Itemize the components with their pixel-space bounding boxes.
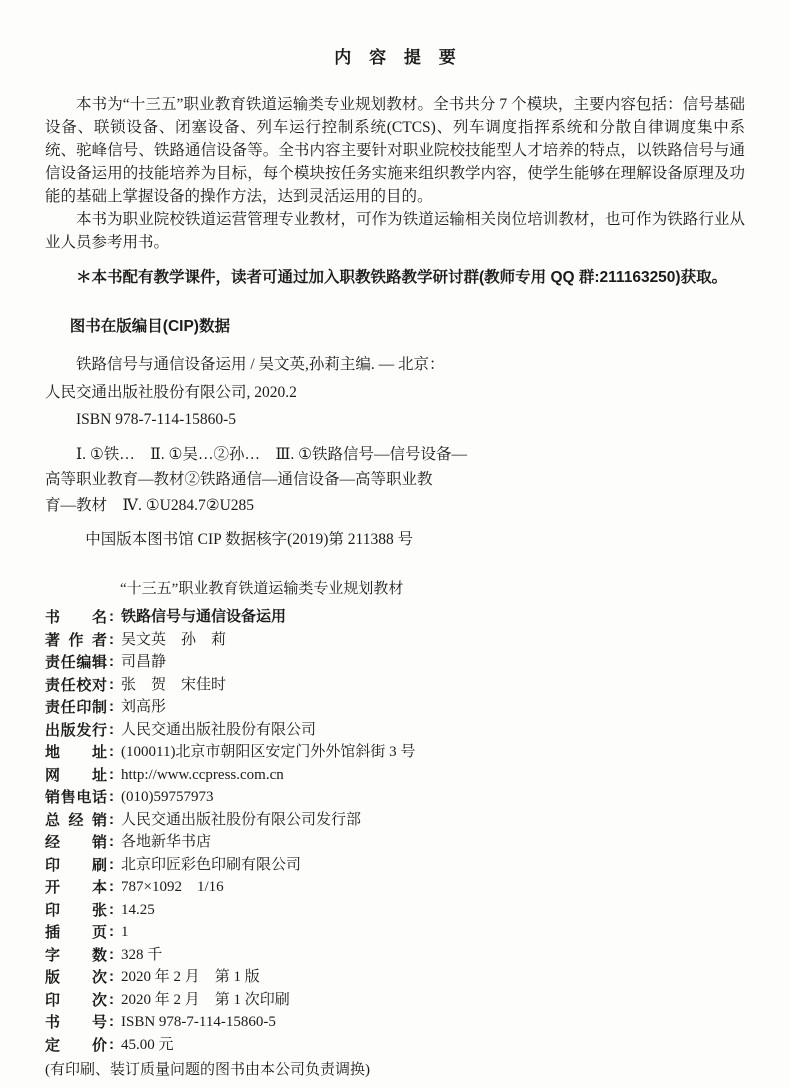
page-title: 内容提要 (45, 46, 745, 69)
info-separator: : (109, 878, 114, 895)
info-label: 网址 (45, 765, 107, 787)
info-separator: : (109, 811, 114, 828)
info-label: 经销 (45, 832, 107, 854)
info-value: 人民交通出版社股份有限公司 (121, 722, 316, 738)
info-separator: : (109, 991, 114, 1008)
info-label: 插页 (45, 922, 107, 944)
info-label: 书名 (45, 607, 107, 629)
info-value: 司昌静 (121, 654, 166, 670)
info-row: 印刷:北京印匠彩色印刷有限公司 (45, 854, 745, 877)
info-value: 328 千 (121, 947, 162, 963)
info-separator: : (109, 856, 114, 873)
info-row: 责任印制:刘高彤 (45, 696, 745, 719)
info-separator: : (109, 698, 114, 715)
info-label: 责任印制 (45, 697, 107, 719)
info-value: 2020 年 2 月 第 1 版 (121, 969, 260, 985)
info-label: 责任编辑 (45, 652, 107, 674)
info-row: 印次:2020 年 2 月 第 1 次印刷 (45, 989, 745, 1012)
info-label: 著作者 (45, 630, 107, 652)
info-value: 45.00 元 (121, 1037, 174, 1053)
info-value: 2020 年 2 月 第 1 次印刷 (121, 992, 290, 1008)
info-separator: : (109, 608, 114, 625)
info-row: 总经销:人民交通出版社股份有限公司发行部 (45, 809, 745, 832)
info-row: 字数:328 千 (45, 944, 745, 967)
info-value: 铁路信号与通信设备运用 (121, 608, 286, 625)
info-row: 书名:铁路信号与通信设备运用 (45, 606, 745, 629)
info-value: 787×1092 1/16 (121, 879, 224, 895)
info-row: 责任校对:张 贺 宋佳时 (45, 674, 745, 697)
info-label: 责任校对 (45, 675, 107, 697)
info-row: 网址:http://www.ccpress.com.cn (45, 764, 745, 787)
colophon-section: “十三五”职业教育铁道运输类专业规划教材 书名:铁路信号与通信设备运用著作者:吴… (45, 579, 745, 1056)
info-label: 版次 (45, 967, 107, 989)
info-separator: : (109, 631, 114, 648)
cip-section: 图书在版编目(CIP)数据 铁路信号与通信设备运用 / 吴文英,孙莉主编. — … (45, 317, 745, 551)
series-title: “十三五”职业教育铁道运输类专业规划教材 (120, 579, 745, 600)
info-separator: : (109, 676, 114, 693)
info-label: 地址 (45, 742, 107, 764)
info-value: http://www.ccpress.com.cn (121, 767, 284, 783)
info-row: 插页:1 (45, 921, 745, 944)
info-row: 地址:(100011)北京市朝阳区安定门外外馆斜街 3 号 (45, 741, 745, 764)
info-separator: : (109, 766, 114, 783)
info-row: 著作者:吴文英 孙 莉 (45, 629, 745, 652)
info-row: 版次:2020 年 2 月 第 1 版 (45, 966, 745, 989)
cip-line-isbn: ISBN 978-7-114-15860-5 (45, 406, 745, 434)
info-separator: : (109, 946, 114, 963)
info-separator: : (109, 721, 114, 738)
info-value: 北京印匠彩色印刷有限公司 (121, 857, 301, 873)
info-separator: : (109, 743, 114, 760)
info-separator: : (109, 923, 114, 940)
info-value: 各地新华书店 (121, 834, 211, 850)
info-label: 定价 (45, 1035, 107, 1057)
info-separator: : (109, 833, 114, 850)
info-row: 开本:787×1092 1/16 (45, 876, 745, 899)
info-value: 人民交通出版社股份有限公司发行部 (121, 812, 361, 828)
cip-line-classification-1: Ⅰ. ①铁… Ⅱ. ①吴…②孙… Ⅲ. ①铁路信号—信号设备— (45, 442, 745, 468)
info-label: 字数 (45, 945, 107, 967)
info-value: 14.25 (121, 902, 155, 918)
cip-line-publisher: 人民交通出版社股份有限公司, 2020.2 (45, 379, 745, 407)
courseware-note: ＊本书配有教学课件，读者可通过加入职教铁路教学研讨群(教师专用 QQ 群:211… (45, 266, 745, 289)
info-value: 1 (121, 924, 129, 940)
info-separator: : (109, 788, 114, 805)
info-row: 责任编辑:司昌静 (45, 651, 745, 674)
info-separator: : (109, 1036, 114, 1053)
info-label: 销售电话 (45, 787, 107, 809)
info-row: 经销:各地新华书店 (45, 831, 745, 854)
content-summary: 本书为“十三五”职业教育铁道运输类专业规划教材。全书共分 7 个模块，主要内容包… (45, 93, 745, 254)
info-label: 印刷 (45, 855, 107, 877)
info-label: 印张 (45, 900, 107, 922)
info-label: 印次 (45, 990, 107, 1012)
info-label: 出版发行 (45, 720, 107, 742)
publication-info-list: 书名:铁路信号与通信设备运用著作者:吴文英 孙 莉责任编辑:司昌静责任校对:张 … (45, 606, 745, 1056)
info-label: 书号 (45, 1012, 107, 1034)
info-row: 销售电话:(010)59757973 (45, 786, 745, 809)
info-value: 刘高彤 (121, 699, 166, 715)
cip-record-number: 中国版本图书馆 CIP 数据核字(2019)第 211388 号 (45, 528, 745, 551)
summary-paragraph-2: 本书为职业院校铁道运营管理专业教材，可作为铁道运输相关岗位培训教材，也可作为铁路… (45, 208, 745, 254)
copyright-page: 内容提要 本书为“十三五”职业教育铁道运输类专业规划教材。全书共分 7 个模块，… (0, 0, 790, 1088)
summary-paragraph-1: 本书为“十三五”职业教育铁道运输类专业规划教材。全书共分 7 个模块，主要内容包… (45, 93, 745, 208)
cip-line-classification-2: 高等职业教育—教材②铁路通信—通信设备—高等职业教 (45, 467, 745, 493)
info-value: (010)59757973 (121, 789, 214, 805)
exchange-note: (有印刷、装订质量问题的图书由本公司负责调换) (45, 1059, 745, 1081)
info-value: 张 贺 宋佳时 (121, 677, 226, 693)
info-row: 出版发行:人民交通出版社股份有限公司 (45, 719, 745, 742)
info-label: 开本 (45, 877, 107, 899)
info-value: 吴文英 孙 莉 (121, 632, 226, 648)
cip-line-title: 铁路信号与通信设备运用 / 吴文英,孙莉主编. — 北京： (45, 351, 745, 379)
info-value: (100011)北京市朝阳区安定门外外馆斜街 3 号 (121, 744, 415, 760)
info-separator: : (109, 1013, 114, 1030)
info-separator: : (109, 653, 114, 670)
info-row: 定价:45.00 元 (45, 1034, 745, 1057)
cip-heading: 图书在版编目(CIP)数据 (45, 317, 745, 337)
info-separator: : (109, 901, 114, 918)
cip-line-classification-3: 育—教材 Ⅳ. ①U284.7②U285 (45, 493, 745, 519)
info-separator: : (109, 968, 114, 985)
info-label: 总经销 (45, 810, 107, 832)
info-value: ISBN 978-7-114-15860-5 (121, 1014, 276, 1030)
info-row: 书号:ISBN 978-7-114-15860-5 (45, 1011, 745, 1034)
info-row: 印张:14.25 (45, 899, 745, 922)
